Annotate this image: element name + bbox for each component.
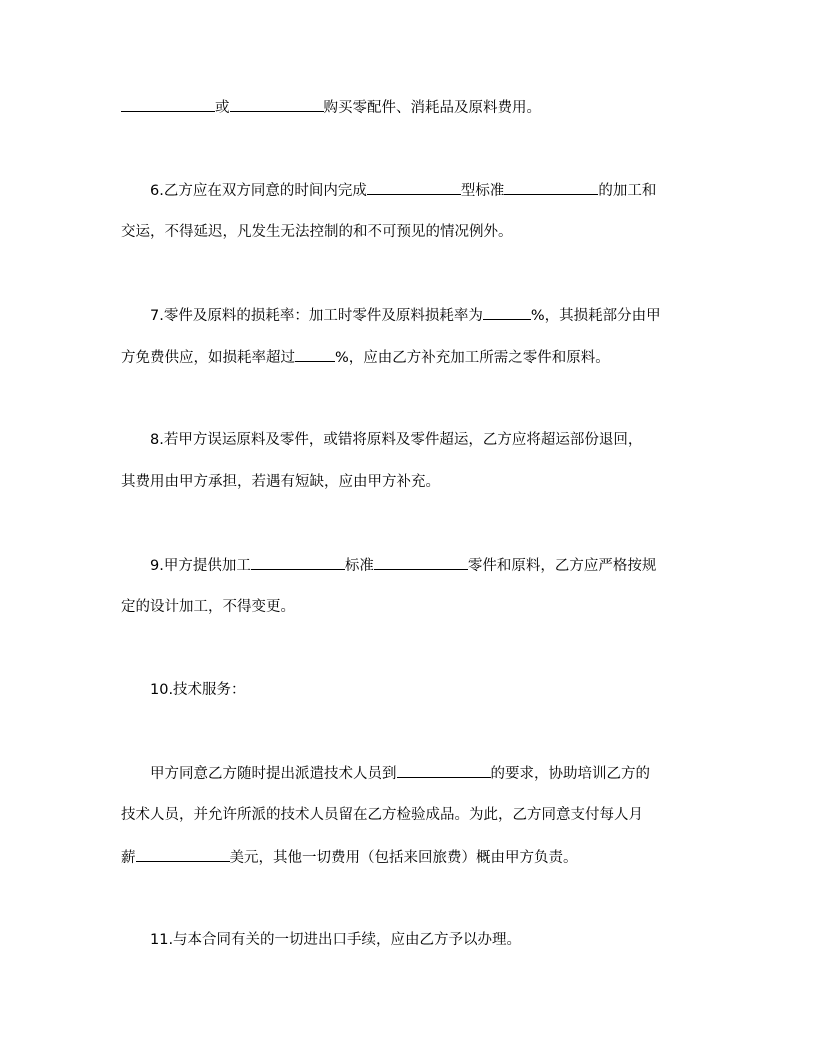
blank-field[interactable] [251, 555, 345, 570]
text: 7.零件及原料的损耗率：加工时零件及原料损耗率为 [150, 308, 483, 324]
text: 的加工和 [598, 183, 656, 199]
paragraph-5-tail: 或购买零配件、消耗品及原料费用。 [121, 97, 541, 118]
text: 方免费供应，如损耗率超过 [121, 350, 295, 366]
paragraph-8-line-2: 其费用由甲方承担，若遇有短缺，应由甲方补充。 [121, 472, 440, 492]
blank-field[interactable] [136, 847, 230, 862]
paragraph-11: 11.与本合同有关的一切进出口手续，应由乙方予以办理。 [150, 930, 521, 950]
text: 标准 [345, 558, 374, 574]
paragraph-10-line-3: 薪美元，其他一切费用（包括来回旅费）概由甲方负责。 [121, 847, 578, 868]
text: 美元，其他一切费用（包括来回旅费）概由甲方负责。 [230, 850, 578, 866]
text: 购买零配件、消耗品及原料费用。 [324, 100, 542, 116]
paragraph-6-line-2: 交运，不得延迟，凡发生无法控制的和不可预见的情况例外。 [121, 222, 513, 242]
paragraph-10-line-1: 甲方同意乙方随时提出派遣技术人员到的要求，协助培训乙方的 [150, 763, 650, 784]
section-heading-technical-service: 10.技术服务： [150, 680, 246, 700]
paragraph-8-line-1: 8.若甲方误运原料及零件，或错将原料及零件超运，乙方应将超运部份退回， [150, 430, 642, 450]
text: 甲方同意乙方随时提出派遣技术人员到 [150, 766, 397, 782]
blank-field[interactable] [367, 180, 461, 195]
paragraph-9-line-1: 9.甲方提供加工标准零件和原料，乙方应严格按规 [150, 555, 656, 576]
text: 或 [215, 100, 230, 116]
paragraph-7-line-2: 方免费供应，如损耗率超过%，应由乙方补充加工所需之零件和原料。 [121, 347, 610, 368]
text: 9.甲方提供加工 [150, 558, 251, 574]
paragraph-6-line-1: 6.乙方应在双方同意的时间内完成型标准的加工和 [150, 180, 656, 201]
paragraph-10-line-2: 技术人员，并允许所派的技术人员留在乙方检验成品。为此，乙方同意支付每人月 [121, 805, 643, 825]
text: %，应由乙方补充加工所需之零件和原料。 [335, 350, 610, 366]
text: 的要求，协助培训乙方的 [491, 766, 651, 782]
blank-field[interactable] [374, 555, 468, 570]
blank-field[interactable] [397, 763, 491, 778]
text: 6.乙方应在双方同意的时间内完成 [150, 183, 367, 199]
paragraph-9-line-2: 定的设计加工，不得变更。 [121, 597, 295, 617]
blank-field[interactable] [504, 180, 598, 195]
text: %，其损耗部分由甲 [531, 308, 661, 324]
text: 零件和原料，乙方应严格按规 [468, 558, 657, 574]
text: 薪 [121, 850, 136, 866]
text: 型标准 [461, 183, 505, 199]
blank-field[interactable] [230, 97, 324, 112]
blank-field[interactable] [295, 347, 335, 362]
blank-field[interactable] [483, 305, 531, 320]
paragraph-7-line-1: 7.零件及原料的损耗率：加工时零件及原料损耗率为%，其损耗部分由甲 [150, 305, 661, 326]
blank-field[interactable] [121, 97, 215, 112]
